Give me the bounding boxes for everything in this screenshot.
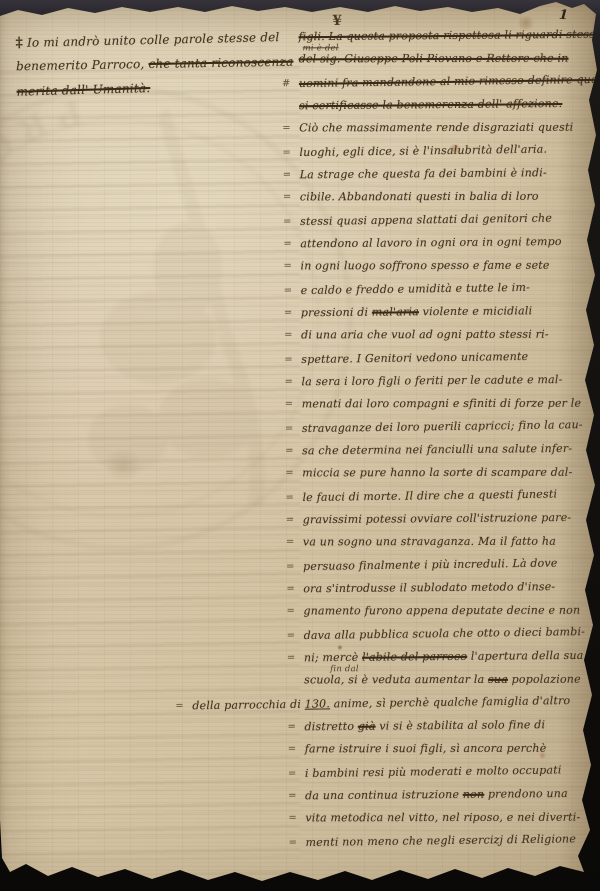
margin-mark: =	[287, 624, 296, 647]
manuscript-line: =di una aria che vuol ad ogni patto stes…	[301, 323, 593, 347]
bleedthrough-left	[0, 58, 300, 874]
margin-mark: =	[284, 323, 293, 346]
manuscript-line: =miccia se pure hanno la sorte di scampa…	[302, 461, 594, 485]
handwritten-text: le fauci di morte. Il dire che a questi …	[302, 487, 557, 504]
margin-mark: =	[288, 831, 297, 854]
margin-mark: =	[285, 439, 294, 462]
manuscript-line: mi è deldel sig. Giuseppe Poli Piovano e…	[299, 47, 591, 71]
handwritten-text: gnamento furono appena deputate decine e…	[303, 604, 580, 618]
handwritten-text: attendono al lavoro in ogni ora in ogni …	[300, 235, 562, 250]
margin-mark: =	[283, 210, 292, 233]
margin-mark: =	[288, 806, 297, 829]
margin-mark: =	[288, 784, 297, 807]
struck-text: figli. La questa proposta rispettosa li …	[298, 28, 598, 44]
margin-mark: =	[287, 646, 296, 669]
manuscript-line: =pressioni di mal'aria violente e micidi…	[301, 299, 593, 325]
manuscript-line: ¥figli. La questa proposta rispettosa li…	[298, 23, 590, 49]
struck-text: già	[358, 720, 376, 733]
handwritten-text: sa che determina nei fanciulli una salut…	[302, 442, 572, 457]
margin-mark: =	[286, 599, 295, 622]
manuscript-line: =ora s'introdusse il sublodato metodo d'…	[303, 575, 595, 601]
margin-mark: =	[282, 116, 291, 139]
manuscript-line: =luoghi, egli dice, si è l'insalubrità d…	[299, 137, 591, 164]
struck-text: che tanta riconoscenza	[148, 55, 293, 71]
margin-mark: =	[283, 254, 292, 277]
struck-text: del sig. Giuseppe Poli Piovano e Rettore…	[299, 52, 569, 66]
manuscript-line: =da una continua istruzione non prendono…	[305, 782, 597, 808]
handwritten-text: cibile. Abbandonati questi in balia di l…	[300, 190, 539, 204]
handwritten-text: anime, sì perchè qualche famiglia d'altr…	[330, 694, 570, 710]
margin-mark: =	[286, 508, 295, 531]
handwritten-text: La strage che questa fa dei bambini è in…	[300, 166, 547, 181]
handwritten-text: i bambini resi più moderati e molto occu…	[305, 763, 562, 780]
manuscript-line: =e caldo e freddo e umidità e tutte le i…	[301, 275, 593, 302]
margin-mark: #	[282, 72, 291, 95]
struck-text: non	[463, 788, 485, 801]
interline-insertion: fin dal	[330, 658, 359, 681]
handwritten-text: l'apertura della sua	[467, 649, 583, 663]
handwritten-text: pressioni di	[301, 306, 372, 320]
handwritten-text: popolazione	[508, 673, 581, 686]
manuscript-line: #uomini fra mandandone al mio rimesso de…	[299, 68, 591, 95]
svg-text:PROSPERITAT: PROSPERITAT	[0, 90, 87, 440]
margin-mark: =	[286, 530, 295, 553]
manuscript-line: =va un sogno una stravaganza. Ma il fatt…	[303, 530, 595, 554]
margin-mark: =	[284, 279, 293, 302]
manuscript-line: =persuaso finalmente i più increduli. Là…	[303, 551, 595, 578]
handwritten-text: distretto	[304, 720, 357, 733]
handwritten-text: menti non meno che negli esercizj di Rel…	[305, 832, 576, 849]
manuscript-line: =Ciò che massimamente rende disgraziati …	[299, 116, 591, 140]
reference-mark: ‡	[15, 35, 27, 51]
margin-mark: =	[285, 417, 294, 440]
handwritten-text: Ciò che massimamente rende disgraziati q…	[299, 121, 573, 135]
margin-mark: =	[288, 762, 297, 785]
margin-mark: =	[284, 348, 293, 371]
manuscript-line: =gravissimi potessi ovviare coll'istruzi…	[303, 506, 595, 532]
left-text-column: ‡Io mi andrò unito colle parole stesse d…	[15, 25, 285, 103]
handwritten-text: violente e micidiali	[419, 304, 532, 318]
manuscript-line: =menti non meno che negli esercizj di Re…	[305, 827, 597, 854]
struck-text: l'abile del parroco	[362, 650, 467, 664]
handwritten-text: prendono una	[484, 787, 568, 801]
handwritten-text: farne istruire i suoi figli, sì ancora p…	[305, 742, 547, 756]
handwritten-text: benemerito Parroco,	[16, 57, 149, 73]
struck-text: mal'aria	[372, 305, 419, 318]
underlined-text: 130.	[305, 697, 330, 710]
margin-mark: =	[287, 715, 296, 738]
stamp-letters: PROSPERITAT	[0, 90, 87, 440]
handwritten-text: la sera i loro figli o feriti per le cad…	[301, 373, 562, 388]
handwritten-text: miccia se pure hanno la sorte di scampar…	[302, 466, 572, 480]
margin-mark: =	[283, 232, 292, 255]
margin-mark: =	[286, 577, 295, 600]
stamp-floral-ornament	[88, 108, 264, 508]
margin-mark: =	[286, 555, 295, 578]
margin-mark: =	[288, 737, 297, 760]
manuscript-line: =i bambini resi più moderati e molto occ…	[305, 758, 597, 785]
handwritten-text: e caldo e freddo e umidità e tutte le im…	[301, 281, 530, 297]
handwritten-text: vita metodica nel vitto, nel riposo, e n…	[305, 811, 580, 825]
handwritten-text: gravissimi potessi ovviare coll'istruzio…	[303, 511, 572, 526]
margin-mark: =	[285, 392, 294, 415]
handwritten-text: ora s'introdusse il sublodato metodo d'i…	[303, 580, 555, 595]
struck-text: si certificasse la benemerenza dell' aff…	[299, 97, 562, 112]
manuscript-line: =in ogni luogo soffrono spesso e fame e …	[300, 254, 592, 278]
manuscript-line: si certificasse la benemerenza dell' aff…	[299, 92, 591, 118]
struck-text: uomini fra mandandone al mio rimesso def…	[299, 73, 600, 90]
manuscript-line: =vita metodica nel vitto, nel riposo, e …	[305, 806, 597, 830]
struck-text: merita dall' Umanità.	[16, 81, 150, 99]
page-number-mark: 1	[558, 8, 568, 24]
handwritten-text: dava alla pubblica scuola che otto o die…	[304, 625, 586, 642]
margin-mark: =	[282, 141, 291, 164]
margin-mark: =	[283, 185, 292, 208]
manuscript-line: =la sera i loro figli o feriti per le ca…	[301, 368, 593, 394]
handwritten-text: va un sogno una stravaganza. Ma il fatto…	[303, 535, 556, 549]
handwritten-text: spettare. I Genitori vedono unicamente	[301, 350, 528, 366]
margin-mark: =	[284, 301, 293, 324]
manuscript-page: PROSPERITAT 1 ‡Io mi andrò unito colle p…	[0, 0, 600, 891]
handwritten-text: persuaso finalmente i più increduli. Là …	[303, 556, 558, 573]
manuscript-line: =sa che determina nei fanciulli una salu…	[302, 437, 594, 463]
manuscript-line: =cibile. Abbandonati questi in balia di …	[300, 185, 592, 209]
manuscript-line: =le fauci di morte. Il dire che a questi…	[302, 482, 594, 509]
manuscript-line: =stravaganze dei loro puerili capricci; …	[302, 413, 594, 440]
handwritten-text: in ogni luogo soffrono spesso e fame e s…	[300, 259, 549, 273]
handwritten-text: Io mi andrò unito colle parole stesse de…	[27, 30, 280, 50]
handwritten-text: da una continua istruzione	[305, 788, 463, 802]
manuscript-line: fin dalscuola, si è veduta aumentar la s…	[304, 668, 596, 692]
photograph-background: PROSPERITAT 1 ‡Io mi andrò unito colle p…	[0, 0, 600, 891]
handwritten-text: luoghi, egli dice, si è l'insalubrità de…	[299, 143, 547, 159]
manuscript-line: =La strage che questa fa dei bambini è i…	[300, 161, 592, 187]
manuscript-line: =gnamento furono appena deputate decine …	[303, 599, 595, 623]
margin-mark: =	[285, 461, 294, 484]
margin-mark: =	[284, 370, 293, 393]
manuscript-line: =menati dai loro compagni e sfiniti di f…	[302, 392, 594, 416]
margin-mark: =	[285, 486, 294, 509]
handwritten-text: vi si è stabilita al solo fine di	[376, 718, 546, 732]
struck-text: sua	[488, 673, 508, 686]
manuscript-line: =distretto già vi si è stabilita al solo…	[304, 713, 596, 739]
insertion-caret-mark: ¥	[332, 10, 342, 33]
manuscript-line: =attendono al lavoro in ogni ora in ogni…	[300, 230, 592, 256]
manuscript-line: =spettare. I Genitori vedono unicamente	[301, 344, 593, 371]
handwritten-text: di una aria che vuol ad ogni patto stess…	[301, 328, 549, 342]
margin-mark: =	[283, 163, 292, 186]
handwritten-text: stessi quasi appena slattati dai genitor…	[300, 212, 552, 229]
manuscript-line: =dava alla pubblica scuola che otto o di…	[304, 620, 596, 647]
handwritten-text: della parrocchia di	[192, 698, 305, 713]
right-text-column: ¥figli. La questa proposta rispettosa li…	[298, 23, 597, 854]
interline-insertion: mi è del	[303, 37, 339, 60]
handwritten-text: menati dai loro compagni e sfiniti di fo…	[302, 397, 582, 411]
margin-mark: =	[175, 694, 184, 717]
manuscript-line: =stessi quasi appena slattati dai genito…	[300, 206, 592, 233]
manuscript-line: =farne istruire i suoi figli, sì ancora …	[305, 737, 597, 761]
handwritten-text: stravaganze dei loro puerili capricci; f…	[302, 418, 583, 435]
smudge-stain	[100, 450, 146, 480]
